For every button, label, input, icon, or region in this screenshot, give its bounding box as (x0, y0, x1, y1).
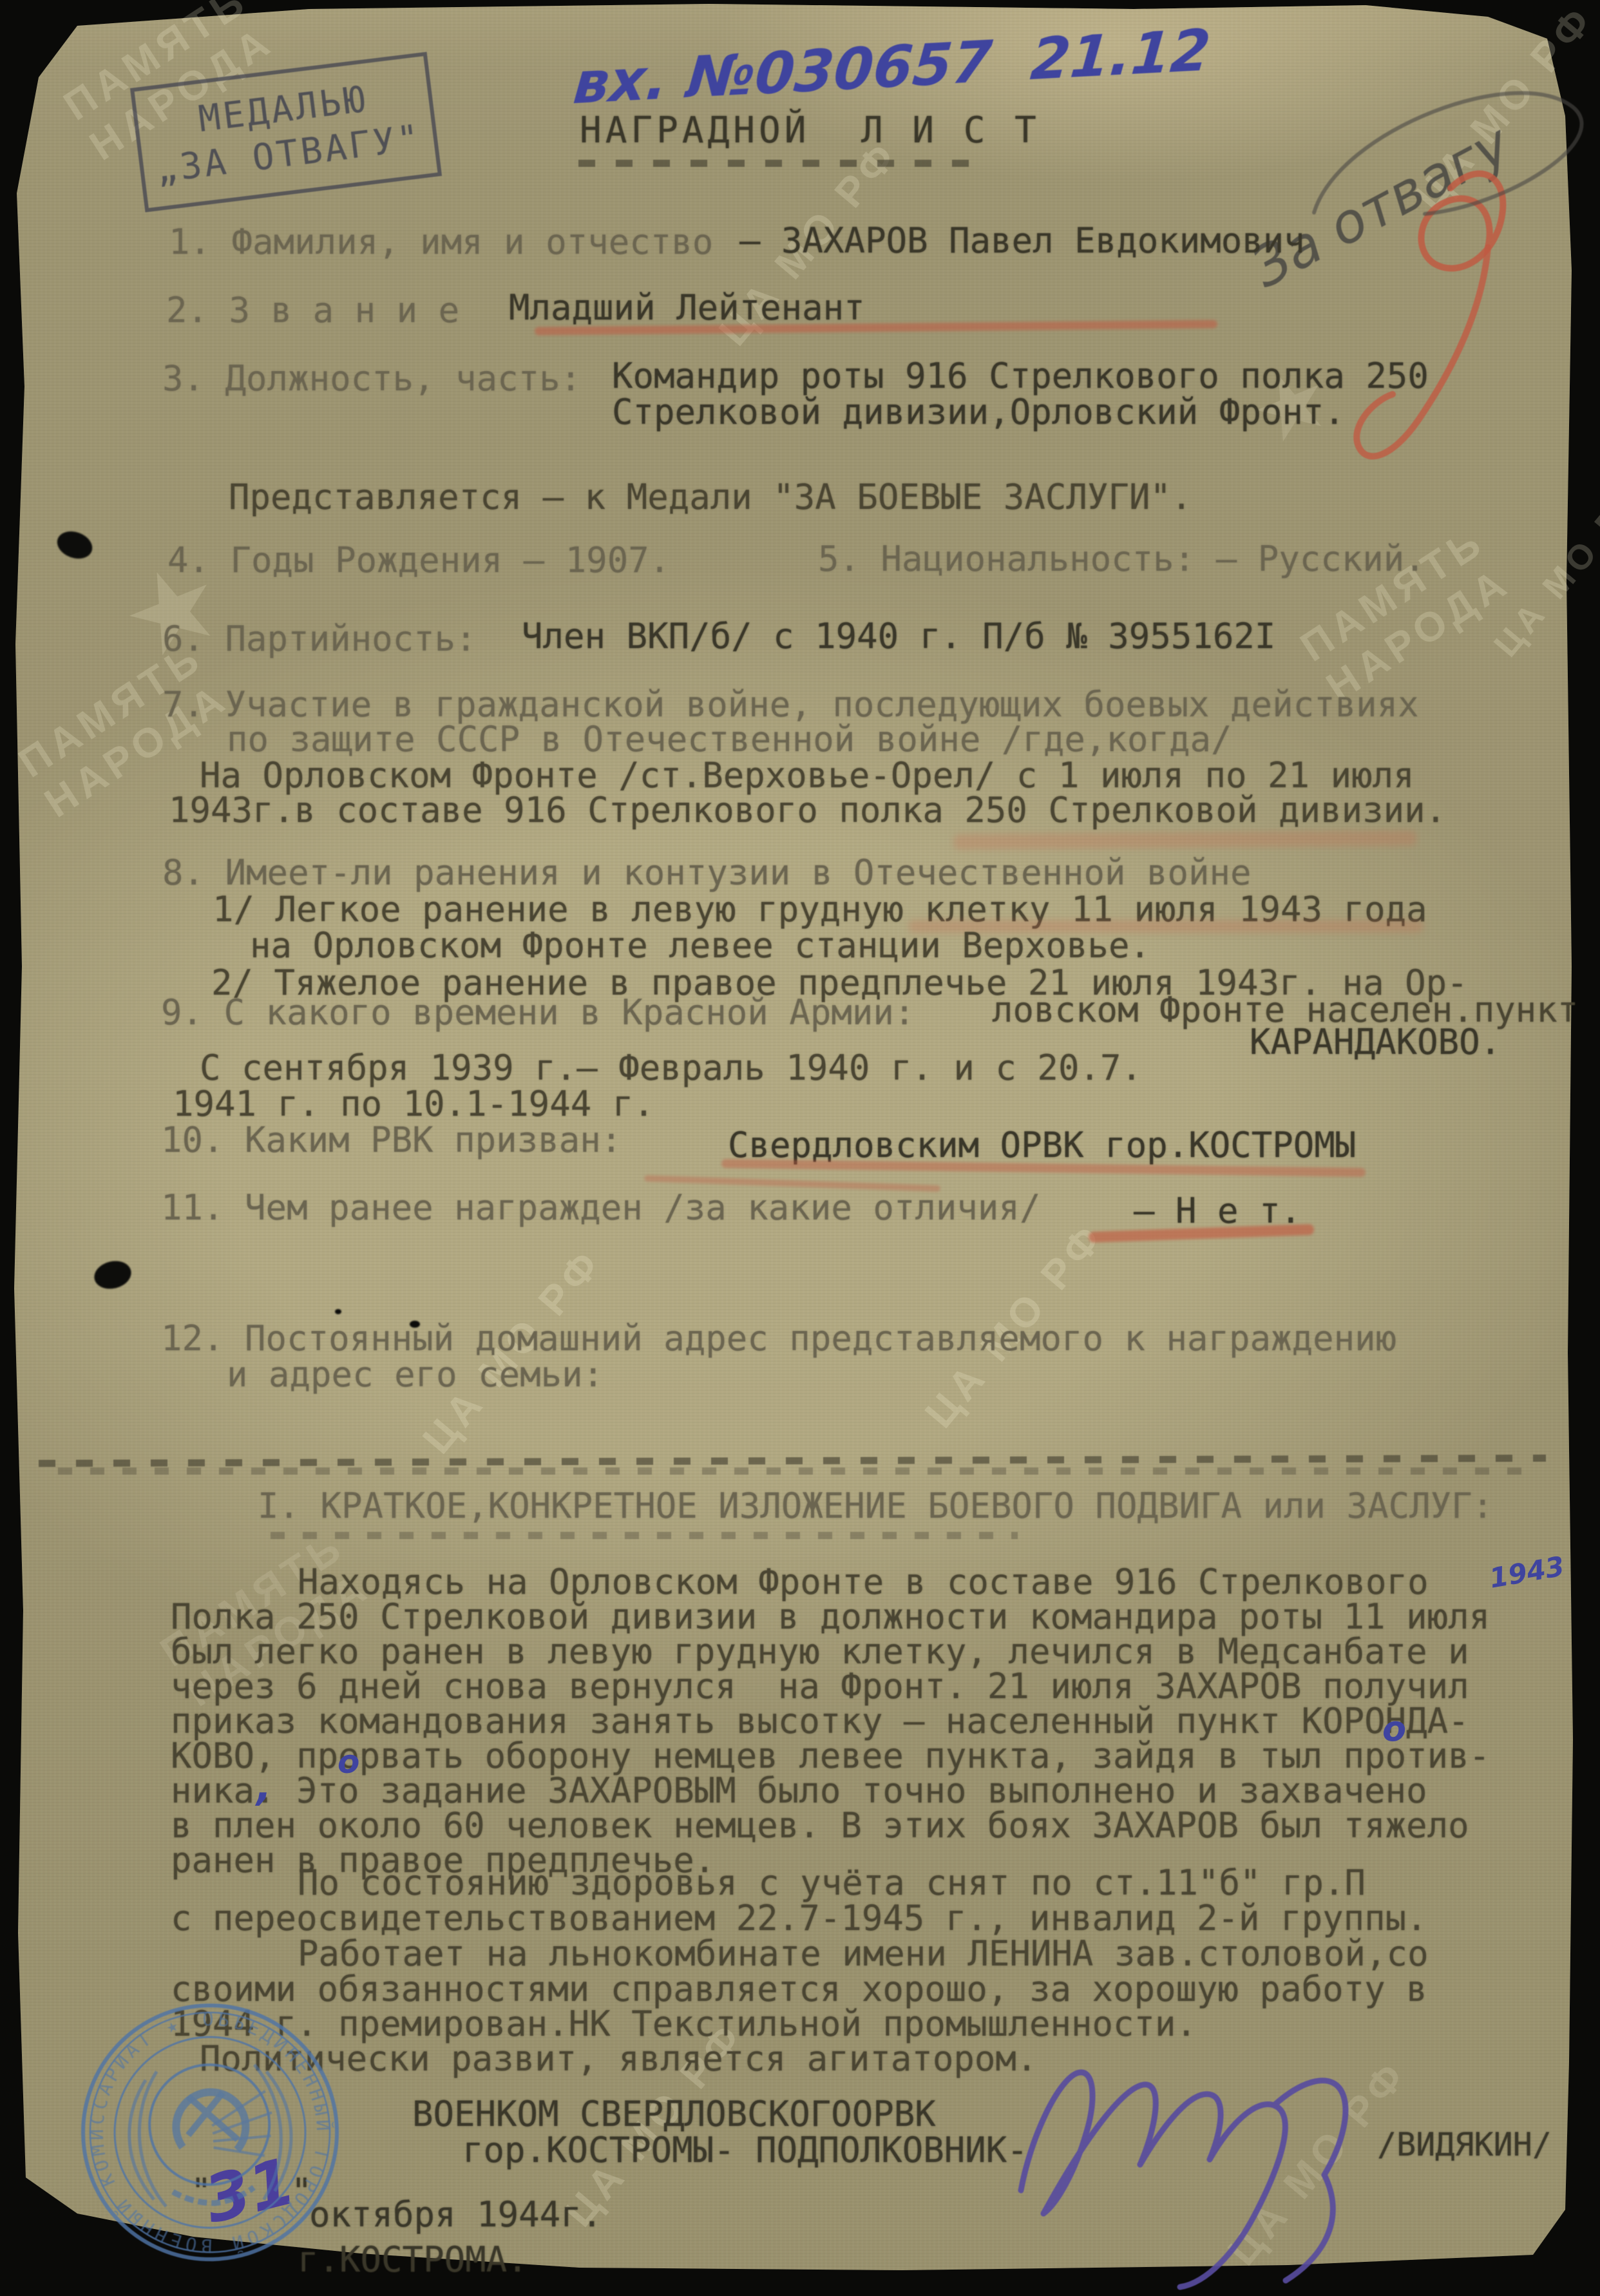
scanned-award-document: ПАМЯТЬНАРОДА ПАМЯТЬНАРОДА ★ ЦА МО РФ ЦА … (0, 0, 1600, 2296)
item9-value-line2: 1941 г. по 10.1-1944 г. (173, 1085, 654, 1123)
dashed-separator (271, 1532, 1018, 1539)
item8-value-line2: на Орловском Фронте левее станции Верхов… (250, 926, 1150, 964)
item12-label-line1: 12. Постоянный домашний адрес представля… (161, 1319, 1396, 1357)
item6-value: Член ВКП/б/ с 1940 г. П/б № 3955162I (522, 617, 1275, 655)
item5-nationality: 5. Национальность: – Русский. (818, 540, 1425, 578)
item10-label: 10. Каким РВК призван: (161, 1121, 622, 1159)
presented-for-line: Представляется – к Медали "ЗА БОЕВЫЕ ЗАС… (229, 478, 1192, 516)
item1-value: – ЗАХАРОВ Павел Евдокимович (739, 222, 1305, 260)
feat-text-line: с переосвидетельствованием 22.7-1945 г.,… (171, 1899, 1427, 1937)
feat-text-line: Находясь на Орловском Фронте в составе 9… (298, 1563, 1429, 1601)
feat-text-line: был легко ранен в левую грудную клетку, … (171, 1632, 1469, 1670)
item7-value-line2: 1943г.в составе 916 Стрелкового полка 25… (169, 791, 1446, 829)
item3-value-line2: Стрелковой дивизии,Орловский Фронт. (612, 393, 1345, 431)
feat-text-line: КОВО, прервать оборону немцев левее пунк… (171, 1737, 1490, 1775)
footer-commissar-line1: ВОЕНКОМ СВЕРДЛОВСКОГООРВК (412, 2095, 936, 2133)
item9-place-name: КАРАНДАКОВО. (1250, 1023, 1501, 1061)
item3-value-line1: Командир роты 916 Стрелкового полка 250 (612, 357, 1429, 395)
feat-text-line: через 6 дней снова вернулся на Фронт. 21… (171, 1667, 1469, 1705)
item2-label: 2. З в а н и е (166, 291, 459, 329)
item7-label-line2: по защите СССР в Отечественной войне /гд… (227, 720, 1232, 758)
feat-text-line: Полка 250 Стрелковой дивизии в должности… (171, 1598, 1490, 1636)
feat-text-line: Работает на льнокомбинате имени ЛЕНИНА з… (298, 1935, 1429, 1973)
footer-city: г.КОСТРОМА. (298, 2241, 528, 2279)
item9-label: 9. С какого времени в Красной Армии: (161, 993, 915, 1031)
footer-date-line: октября 1944г. (309, 2196, 602, 2234)
item3-label: 3. Должность, часть: (162, 359, 581, 397)
item2-value: Младший Лейтенант (509, 289, 865, 327)
dashed-separator (58, 1468, 1527, 1475)
item11-value: – Н е т. (1134, 1192, 1301, 1230)
feat-text-line: По состоянию здоровья с учёта снят по ст… (298, 1864, 1366, 1902)
item11-label: 11. Чем ранее награжден /за какие отличи… (161, 1189, 1040, 1227)
handwritten-correction-o: о (1382, 1708, 1406, 1749)
feat-text-line: в плен около 60 человек немцев. В этих б… (171, 1806, 1469, 1844)
handwritten-comma: , (256, 1763, 272, 1810)
feat-text-line: своими обязанностями справляется хорошо,… (171, 1970, 1427, 2008)
item12-label-line2: и адрес его семьи: (227, 1355, 604, 1393)
item7-label-line1: 7. Участие в гражданской войне, последую… (162, 685, 1419, 723)
item8-label: 8. Имеет-ли ранения и контузии в Отечест… (162, 854, 1252, 892)
item6-label: 6. Партийность: (162, 620, 477, 658)
item7-value-line1: На Орловском Фронте /ст.Верховье-Орел/ с… (200, 756, 1414, 794)
title-underline-dashes (578, 160, 978, 167)
item1-label: 1. Фамилия, имя и отчество (169, 223, 713, 261)
ink-speck (410, 1321, 420, 1328)
handwritten-correction-o: о (338, 1743, 359, 1781)
footer-commissar-line2: гор.КОСТРОМЫ- ПОДПОЛКОВНИК- (462, 2131, 1028, 2169)
item10-value: Свердловским ОРВК гор.КОСТРОМЫ (728, 1126, 1356, 1164)
item9-value-line1: С сентября 1939 г.– Февраль 1940 г. и с … (200, 1049, 1142, 1087)
page-title: НАГРАДНОЙ Л И С Т (580, 111, 1040, 151)
feat-text-line: Политически развит, является агитатором. (200, 2040, 1037, 2078)
item4-year-of-birth: 4. Годы Рождения – 1907. (167, 541, 670, 579)
feat-text-line: приказ командования занять высотку – нас… (171, 1702, 1469, 1740)
feat-section-heading: I. КРАТКОЕ,КОНКРЕТНОЕ ИЗЛОЖЕНИЕ БОЕВОГО … (258, 1487, 1493, 1525)
footer-signer-name: /ВИДЯКИН/ (1377, 2127, 1552, 2163)
ink-speck (335, 1309, 341, 1314)
feat-text-line: 1944 г. премирован.НК Текстильной промыш… (171, 2005, 1197, 2043)
